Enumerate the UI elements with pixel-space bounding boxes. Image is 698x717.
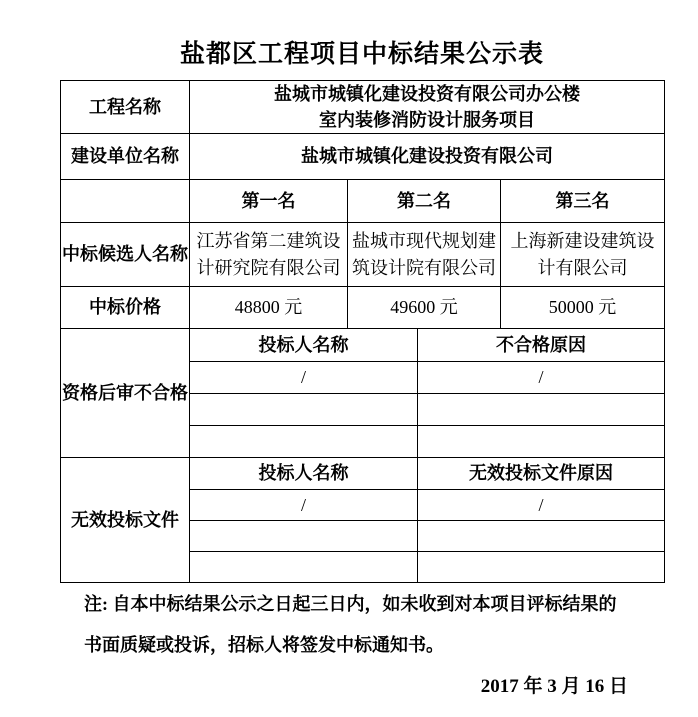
invalid-docs-reason-header: 无效投标文件原因 [418,458,665,490]
empty-cell [418,521,665,552]
disqualified-header-row: 资格后审不合格 投标人名称 不合格原因 [61,329,665,362]
note-paragraph: 注: 自本中标结果公示之日起三日内，如未收到对本项目评标结果的 书面质疑或投诉，… [84,584,656,666]
candidate-third: 上海新建设建筑设计有限公司 [501,223,665,287]
disqualified-reason-value: / [418,362,665,394]
rank-row-label-empty [61,180,190,223]
disqualified-bidder-value: / [190,362,418,394]
price-label: 中标价格 [61,287,190,329]
candidate-second: 盐城市现代规划建筑设计院有限公司 [348,223,501,287]
document-date: 2017 年 3 月 16 日 [481,671,628,698]
owner-row: 建设单位名称 盐城市城镇化建设投资有限公司 [61,134,665,180]
price-third: 50000 元 [501,287,665,329]
note-line1: 注: 自本中标结果公示之日起三日内，如未收到对本项目评标结果的 [84,584,656,625]
candidates-label: 中标候选人名称 [61,223,190,287]
disqualified-section-label: 资格后审不合格 [61,329,190,458]
rank-header-third: 第三名 [501,180,665,223]
invalid-docs-bidder-value: / [190,490,418,521]
rank-header-second: 第二名 [348,180,501,223]
empty-cell [190,552,418,583]
bid-results-table: 工程名称 盐城市城镇化建设投资有限公司办公楼 室内装修消防设计服务项目 建设单位… [60,80,665,583]
page-title: 盐都区工程项目中标结果公示表 [60,34,664,70]
candidate-first: 江苏省第二建筑设计研究院有限公司 [190,223,348,287]
project-name-value: 盐城市城镇化建设投资有限公司办公楼 室内装修消防设计服务项目 [190,81,665,134]
project-name-line1: 盐城市城镇化建设投资有限公司办公楼 [191,81,663,107]
empty-cell [418,394,665,426]
rank-header-first: 第一名 [190,180,348,223]
disqualified-reason-header: 不合格原因 [418,329,665,362]
project-name-label: 工程名称 [61,81,190,134]
price-first: 48800 元 [190,287,348,329]
invalid-docs-header-row: 无效投标文件 投标人名称 无效投标文件原因 [61,458,665,490]
project-name-row: 工程名称 盐城市城镇化建设投资有限公司办公楼 室内装修消防设计服务项目 [61,81,665,134]
project-name-line2: 室内装修消防设计服务项目 [191,107,663,133]
empty-cell [418,426,665,458]
owner-label: 建设单位名称 [61,134,190,180]
rank-header-row: 第一名 第二名 第三名 [61,180,665,223]
note-line2: 书面质疑或投诉，招标人将签发中标通知书。 [84,625,656,666]
announcement-page: 盐都区工程项目中标结果公示表 工程名称 盐城市城镇化建设投资有限公司办公楼 室内… [0,0,698,717]
price-row: 中标价格 48800 元 49600 元 50000 元 [61,287,665,329]
price-second: 49600 元 [348,287,501,329]
owner-value: 盐城市城镇化建设投资有限公司 [190,134,665,180]
empty-cell [190,521,418,552]
empty-cell [190,394,418,426]
invalid-docs-reason-value: / [418,490,665,521]
candidates-row: 中标候选人名称 江苏省第二建筑设计研究院有限公司 盐城市现代规划建筑设计院有限公… [61,223,665,287]
disqualified-bidder-header: 投标人名称 [190,329,418,362]
invalid-docs-section-label: 无效投标文件 [61,458,190,583]
empty-cell [418,552,665,583]
invalid-docs-bidder-header: 投标人名称 [190,458,418,490]
empty-cell [190,426,418,458]
